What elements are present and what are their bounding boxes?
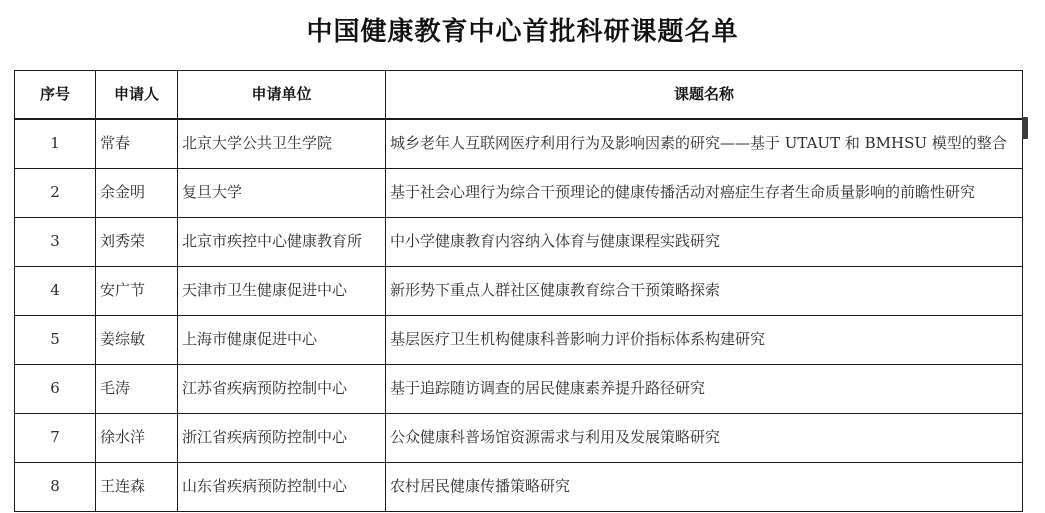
cell-index: 4 xyxy=(15,267,96,316)
cell-organization: 上海市健康促进中心 xyxy=(178,316,386,365)
table-row: 3 刘秀荣 北京市疾控中心健康教育所 中小学健康教育内容纳入体育与健康课程实践研… xyxy=(15,218,1023,267)
table-row: 4 安广节 天津市卫生健康促进中心 新形势下重点人群社区健康教育综合干预策略探索 xyxy=(15,267,1023,316)
cell-organization: 北京市疾控中心健康教育所 xyxy=(178,218,386,267)
cell-project: 中小学健康教育内容纳入体育与健康课程实践研究 xyxy=(386,218,1023,267)
research-projects-table: 序号 申请人 申请单位 课题名称 1 常春 北京大学公共卫生学院 城乡老年人互联… xyxy=(14,70,1023,512)
scrollbar-thumb[interactable] xyxy=(1022,117,1028,139)
cell-organization: 江苏省疾病预防控制中心 xyxy=(178,365,386,414)
cell-project: 基于社会心理行为综合干预理论的健康传播活动对癌症生存者生命质量影响的前瞻性研究 xyxy=(386,169,1023,218)
cell-index: 5 xyxy=(15,316,96,365)
cell-organization: 浙江省疾病预防控制中心 xyxy=(178,414,386,463)
cell-organization: 山东省疾病预防控制中心 xyxy=(178,463,386,512)
cell-project: 基层医疗卫生机构健康科普影响力评价指标体系构建研究 xyxy=(386,316,1023,365)
cell-project: 新形势下重点人群社区健康教育综合干预策略探索 xyxy=(386,267,1023,316)
cell-applicant: 毛涛 xyxy=(96,365,178,414)
cell-index: 8 xyxy=(15,463,96,512)
cell-project: 基于追踪随访调查的居民健康素养提升路径研究 xyxy=(386,365,1023,414)
table-row: 8 王连森 山东省疾病预防控制中心 农村居民健康传播策略研究 xyxy=(15,463,1023,512)
cell-organization: 复旦大学 xyxy=(178,169,386,218)
cell-applicant: 余金明 xyxy=(96,169,178,218)
cell-applicant: 常春 xyxy=(96,119,178,169)
cell-applicant: 安广节 xyxy=(96,267,178,316)
cell-applicant: 王连森 xyxy=(96,463,178,512)
cell-project: 公众健康科普场馆资源需求与利用及发展策略研究 xyxy=(386,414,1023,463)
cell-applicant: 刘秀荣 xyxy=(96,218,178,267)
cell-project: 农村居民健康传播策略研究 xyxy=(386,463,1023,512)
table-row: 1 常春 北京大学公共卫生学院 城乡老年人互联网医疗利用行为及影响因素的研究——… xyxy=(15,119,1023,169)
cell-index: 6 xyxy=(15,365,96,414)
page-title: 中国健康教育中心首批科研课题名单 xyxy=(0,0,1045,48)
col-header-project: 课题名称 xyxy=(386,71,1023,120)
table-header-row: 序号 申请人 申请单位 课题名称 xyxy=(15,71,1023,120)
table-row: 7 徐水洋 浙江省疾病预防控制中心 公众健康科普场馆资源需求与利用及发展策略研究 xyxy=(15,414,1023,463)
cell-index: 2 xyxy=(15,169,96,218)
cell-index: 3 xyxy=(15,218,96,267)
cell-applicant: 姜综敏 xyxy=(96,316,178,365)
table-row: 5 姜综敏 上海市健康促进中心 基层医疗卫生机构健康科普影响力评价指标体系构建研… xyxy=(15,316,1023,365)
cell-index: 1 xyxy=(15,119,96,169)
col-header-applicant: 申请人 xyxy=(96,71,178,120)
cell-index: 7 xyxy=(15,414,96,463)
col-header-index: 序号 xyxy=(15,71,96,120)
document-page: 中国健康教育中心首批科研课题名单 序号 申请人 申请单位 课题名称 1 常春 北… xyxy=(0,0,1045,513)
table-row: 2 余金明 复旦大学 基于社会心理行为综合干预理论的健康传播活动对癌症生存者生命… xyxy=(15,169,1023,218)
cell-organization: 天津市卫生健康促进中心 xyxy=(178,267,386,316)
table-row: 6 毛涛 江苏省疾病预防控制中心 基于追踪随访调查的居民健康素养提升路径研究 xyxy=(15,365,1023,414)
cell-applicant: 徐水洋 xyxy=(96,414,178,463)
cell-project: 城乡老年人互联网医疗利用行为及影响因素的研究——基于 UTAUT 和 BMHSU… xyxy=(386,119,1023,169)
cell-organization: 北京大学公共卫生学院 xyxy=(178,119,386,169)
col-header-organization: 申请单位 xyxy=(178,71,386,120)
